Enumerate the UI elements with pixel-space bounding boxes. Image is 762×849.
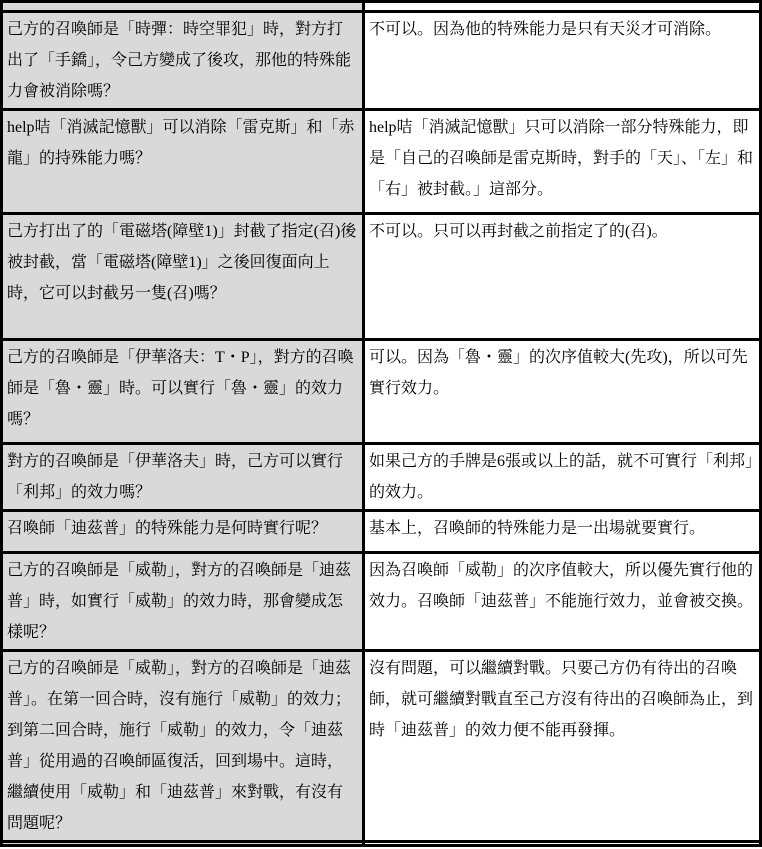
answer-cell xyxy=(364,842,761,846)
answer-cell: 可以。因為「魯・靈」的次序值較大(先攻)，所以可先實行效力。 xyxy=(364,340,761,444)
question-cell: 己方的召喚師是「時彈：時空罪犯」時，對方打出了「手鐈」，令己方變成了後攻，那他的… xyxy=(2,12,364,110)
question-cell: 己方打出了的「電磁塔(障壁1)」封截了指定(召)後被封截，當「電磁塔(障壁1)」… xyxy=(2,214,364,340)
question-cell: 己方的召喚師是「威勒」，對方的召喚師是「迪茲普」。在第一回合時，沒有施行「威勒」… xyxy=(2,651,364,842)
question-cell: 召喚師「迪茲普」的特殊能力是何時實行呢？ xyxy=(2,511,364,553)
table-row: 己方打出了的「電磁塔(障壁1)」封截了指定(召)後被封截，當「電磁塔(障壁1)」… xyxy=(2,214,761,340)
question-cell: 對方的召喚師是「伊華洛夫」時，己方可以實行「利邦」的效力嗎？ xyxy=(2,444,364,511)
table-row: 己方的召喚師是「威勒」，對方的召喚師是「迪茲普」時，如實行「威勒」的效力時，那會… xyxy=(2,553,761,651)
table-row xyxy=(2,842,761,846)
answer-cell: 基本上，召喚師的特殊能力是一出場就要實行。 xyxy=(364,511,761,553)
question-cell xyxy=(2,842,364,846)
answer-cell: 不可以。因為他的特殊能力是只有天災才可消除。 xyxy=(364,12,761,110)
answer-cell: 如果己方的手牌是6張或以上的話，就不可實行「利邦」的效力。 xyxy=(364,444,761,511)
question-cell xyxy=(2,2,364,12)
answer-cell: help咭「消滅記憶獸」只可以消除一部分特殊能力，即是「自己的召喚師是雷克斯時，… xyxy=(364,110,761,214)
table-row: 召喚師「迪茲普」的特殊能力是何時實行呢？ 基本上，召喚師的特殊能力是一出場就要實… xyxy=(2,511,761,553)
answer-cell xyxy=(364,2,761,12)
table-row: 己方的召喚師是「威勒」，對方的召喚師是「迪茲普」。在第一回合時，沒有施行「威勒」… xyxy=(2,651,761,842)
table-row: 己方的召喚師是「時彈：時空罪犯」時，對方打出了「手鐈」，令己方變成了後攻，那他的… xyxy=(2,12,761,110)
table-row: 對方的召喚師是「伊華洛夫」時，己方可以實行「利邦」的效力嗎？ 如果己方的手牌是6… xyxy=(2,444,761,511)
answer-cell: 因為召喚師「威勒」的次序值較大，所以優先實行他的效力。召喚師「迪茲普」不能施行效… xyxy=(364,553,761,651)
table-row xyxy=(2,2,761,12)
answer-cell: 不可以。只可以再封截之前指定了的(召)。 xyxy=(364,214,761,340)
question-cell: 己方的召喚師是「威勒」，對方的召喚師是「迪茲普」時，如實行「威勒」的效力時，那會… xyxy=(2,553,364,651)
table-row: 己方的召喚師是「伊華洛夫：T・P」，對方的召喚師是「魯・靈」時。可以實行「魯・靈… xyxy=(2,340,761,444)
question-cell: help咭「消滅記憶獸」可以消除「雷克斯」和「赤龍」的持殊能力嗎？ xyxy=(2,110,364,214)
question-cell: 己方的召喚師是「伊華洛夫：T・P」，對方的召喚師是「魯・靈」時。可以實行「魯・靈… xyxy=(2,340,364,444)
faq-table: 己方的召喚師是「時彈：時空罪犯」時，對方打出了「手鐈」，令己方變成了後攻，那他的… xyxy=(0,0,762,847)
answer-cell: 沒有問題，可以繼續對戰。只要己方仍有待出的召喚師，就可繼續對戰直至己方沒有待出的… xyxy=(364,651,761,842)
table-row: help咭「消滅記憶獸」可以消除「雷克斯」和「赤龍」的持殊能力嗎？ help咭「… xyxy=(2,110,761,214)
